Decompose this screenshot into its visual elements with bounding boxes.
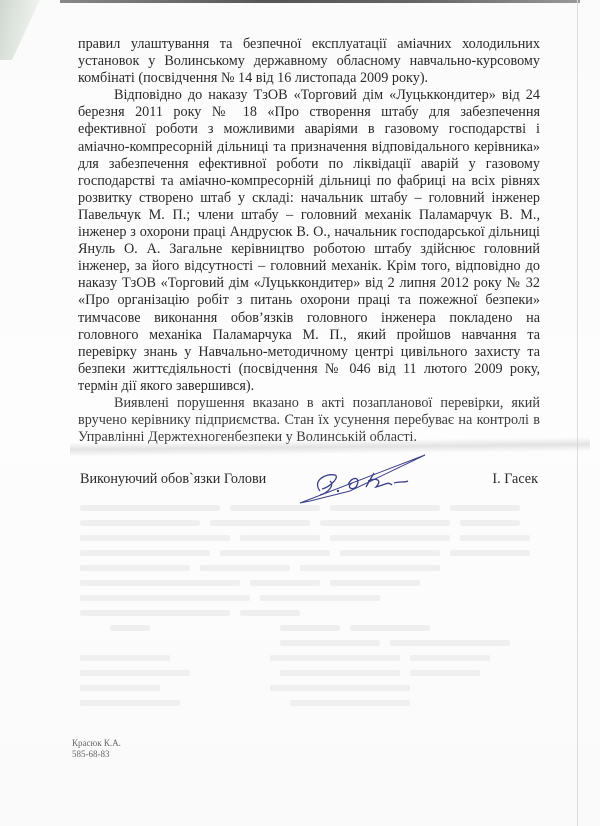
letter-body: правил улаштування та безпечної експлуат… xyxy=(78,36,540,446)
page-corner-shadow xyxy=(0,0,40,60)
fold-line xyxy=(577,0,578,826)
paragraph-continuation: правил улаштування та безпечної експлуат… xyxy=(78,36,540,87)
signature-block: Виконуючий обов`язки Голови І. Гасек xyxy=(80,471,540,501)
signatory-title: Виконуючий обов`язки Голови xyxy=(80,471,266,488)
bleed-through-text xyxy=(80,500,540,780)
page-top-edge-shadow xyxy=(60,0,580,3)
executor-footer: Красюк К.А. 585-68-83 xyxy=(72,738,121,760)
paragraph-order-details: Відповідно до наказу ТзОВ «Торговий дім … xyxy=(78,87,540,395)
signatory-name: І. Гасек xyxy=(492,471,538,488)
executor-name: Красюк К.А. xyxy=(72,738,121,749)
scanned-page: правил улаштування та безпечної експлуат… xyxy=(0,0,600,826)
executor-phone: 585-68-83 xyxy=(72,749,121,760)
